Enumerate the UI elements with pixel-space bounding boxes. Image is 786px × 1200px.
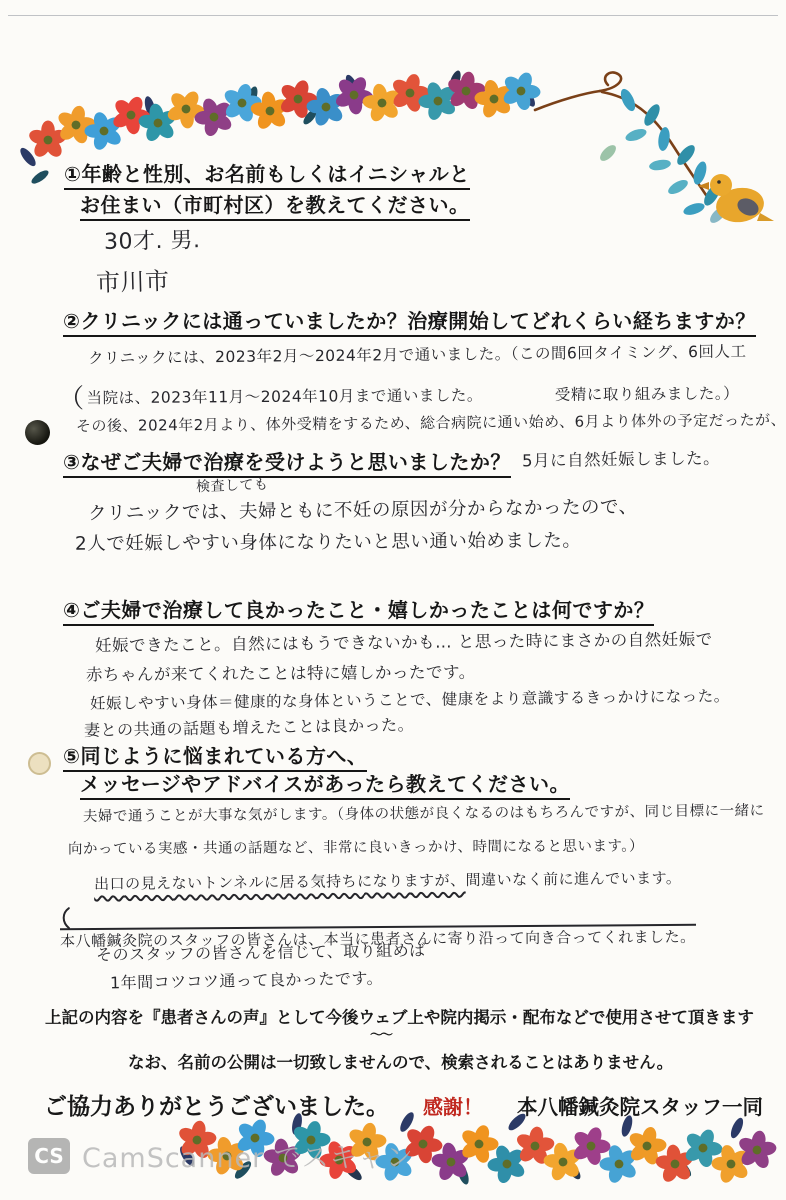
- question-4-number: ④: [63, 598, 80, 622]
- scan-artifact-line: [8, 15, 778, 16]
- question-5-title-line-2: メッセージやアドバイスがあったら教えてください。: [80, 768, 570, 797]
- privacy-note: なお、名前の公開は一切致しませんので、検索されることはありません。: [128, 1049, 673, 1073]
- handwritten-paren: （: [58, 384, 85, 414]
- answer-age-gender: 30才. 男.: [104, 223, 201, 256]
- question-1-title-line-1: ①年齢と性別、お名前もしくはイニシャルと: [64, 158, 470, 187]
- question-1-number: ①: [64, 162, 81, 186]
- answer-q5-line-5: そのスタッフの皆さんを信じて、取り組めば: [96, 938, 426, 966]
- answer-q3-line-1: クリニックでは、夫婦ともに不妊の原因が分からなかったので、: [88, 493, 638, 526]
- camscanner-logo-icon: CS: [28, 1138, 70, 1174]
- scanned-questionnaire-page: ①年齢と性別、お名前もしくはイニシャルと お住まい（市町村区）を教えてください。…: [0, 0, 786, 1200]
- answer-q4-line-2: 赤ちゃんが来てくれたことは特に嬉しかったです。: [86, 659, 476, 686]
- question-5-title-line-1: ⑤同じように悩まれている方へ、: [63, 740, 367, 769]
- question-3-number: ③: [63, 450, 80, 474]
- hole-punch-top: [25, 420, 50, 445]
- answer-q4-line-3: 妊娠しやすい身体＝健康的な身体ということで、健康をより意識するきっかけになった。: [90, 684, 730, 714]
- answer-q2-line-1: クリニックには、2023年2月〜2024年2月で通いました。（この間6回タイミン…: [88, 340, 747, 369]
- question-5-number: ⑤: [63, 744, 80, 768]
- question-2-number: ②: [63, 309, 80, 333]
- answer-q5-line-2: 向かっている実感・共通の話題など、非常に良いきっかけ、時間になると思います。）: [68, 834, 644, 858]
- question-4-title: ④ご夫婦で治療して良かったこと・嬉しかったことは何ですか？: [63, 594, 654, 623]
- hole-punch-bottom: [28, 752, 51, 775]
- camscanner-watermark-text: CamScanner でスキャン: [82, 1136, 414, 1175]
- question-2-title: ②クリニックには通っていましたか？治療開始してどれくらい経ちますか？: [63, 305, 756, 334]
- squiggle-mark: 〜〜: [370, 1024, 390, 1043]
- usage-notice: 上記の内容を『患者さんの声』として今後ウェブ上や院内掲示・配布などで使用させて頂…: [45, 1004, 754, 1028]
- branch-curl: [535, 72, 706, 195]
- camscanner-watermark: CS CamScanner でスキャン: [28, 1136, 414, 1175]
- question-3-title: ③なぜご夫婦で治療を受けようと思いましたか？: [63, 446, 511, 475]
- answer-q5-line-1: 夫婦で通うことが大事な気がします。（身体の状態が良くなるのはもちろんですが、同じ…: [83, 799, 765, 826]
- emphasis-hook: [60, 906, 70, 930]
- answer-q5-line-3: 出口の見えないトンネルに居る気持ちになりますが、間違いなく前に進んでいます。: [94, 867, 682, 894]
- flower-chain-top: [27, 65, 547, 160]
- answer-q3-side-note: 5月に自然妊娠しました。: [522, 445, 720, 472]
- question-1-title-line-2: お住まい（市町村区）を教えてください。: [80, 189, 470, 218]
- answer-q2-line-2: （当院は、2023年11月〜2024年10月まで通いました。受精に取り組みました…: [58, 374, 739, 416]
- answer-q3-line-2: 2人で妊娠しやすい身体になりたいと思い通い始めました。: [75, 526, 581, 556]
- answer-q3-insertion: 検査しても: [196, 474, 269, 497]
- spacer: [483, 400, 555, 401]
- answer-q4-line-4: 妻との共通の話題も増えたことは良かった。: [84, 712, 414, 741]
- answer-city: 市川市: [96, 261, 170, 298]
- wavy-underlined-text: 出口の見えないトンネルに居る気持ちになりますが、: [94, 871, 466, 893]
- answer-q4-line-1: 妊娠できたこと。自然にはもうできないかも… と思った時にまさかの自然妊娠で: [95, 626, 713, 656]
- answer-q5-line-6: 1年間コツコツ通って良かったです。: [110, 966, 383, 994]
- branch-leaves: [597, 87, 728, 226]
